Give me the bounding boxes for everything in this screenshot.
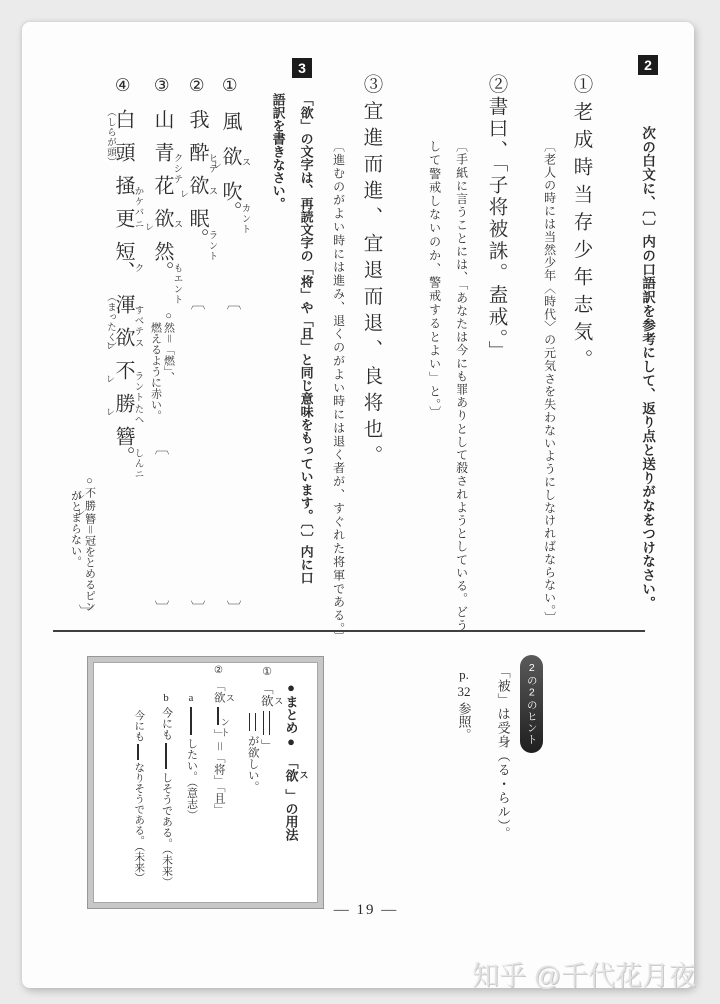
hint-badge-label: 2の2のヒント bbox=[526, 662, 537, 746]
answer-bracket-open-1: 〔 bbox=[225, 295, 240, 311]
problem-2-badge: 2 bbox=[638, 55, 658, 75]
problem-3-item-1: ①風欲スレ吹。カント bbox=[218, 76, 242, 221]
problem-3-item-3: ③山青クシテ花欲スレ然。もエント bbox=[150, 76, 174, 281]
answer-bracket-close-1: 〕 bbox=[225, 600, 240, 616]
problem-2-gloss-2-line-1: 〔手紙に言うことには、「あなたは今にも罪ありとして殺されようとしている。どう bbox=[455, 140, 468, 632]
hint-badge: 2の2のヒント bbox=[520, 655, 543, 753]
problem-3-item-2: ②我酔ヒテ欲スレ眠。ラント bbox=[185, 76, 209, 248]
summary-title: ●まとめ●「欲ス」の用法 bbox=[283, 680, 299, 841]
problem-2-sentence-3: ③宜進而進、宜退而退、良将也。 bbox=[360, 74, 380, 472]
problem-2-badge-number: 2 bbox=[644, 57, 652, 73]
problem-2-gloss-3: 〔進むのがよい時には進み、退くのがよい時には退く者が、すぐれた将軍である。〕 bbox=[332, 140, 345, 643]
section-divider bbox=[53, 630, 645, 632]
problem-2-gloss-2-line-2: して警戒しないのか、警戒するとよい」と。〕 bbox=[428, 140, 441, 420]
problem-2-instruction: 次の白文に、〔 〕内の口語訳を参考にして、返り点と送りがなをつけなさい。 bbox=[640, 126, 654, 610]
summary-usage-1-meaning: が欲しい。 bbox=[244, 713, 260, 793]
answer-bracket-close-4: 〕 bbox=[77, 604, 92, 620]
summary-usage-2: ②「欲スント」＝「将」「且」 bbox=[209, 665, 227, 815]
problem-2-sentence-1: ①老成時当存少年志気。 bbox=[570, 74, 590, 377]
problem-3-instruction-line-2: 語訳を書きなさい。 bbox=[271, 93, 285, 210]
problem-3-item-4: ④白（しらが頭）頭掻かケバ更ニ短、ク渾すべテ（まったく）欲スレ不ラントレ勝たヘレ… bbox=[111, 76, 135, 466]
answer-bracket-close-3: 〕 bbox=[153, 600, 168, 616]
answer-bracket-open-3: 〔 bbox=[153, 440, 168, 456]
hint-text-line-1: 「被」は受身（る・らル）。 bbox=[496, 665, 510, 841]
problem-3-instruction-line-1: 「欲」の文字は、再読文字の「将」や「且」と同じ意味をもっています。〔 〕内に口 bbox=[299, 93, 313, 584]
summary-box: ●まとめ●「欲ス」の用法 ①「欲ス」 が欲しい。 ②「欲スント」＝「将」「且」 … bbox=[88, 657, 323, 908]
summary-usage-2b: b今にもしそうである。（未来） bbox=[159, 693, 173, 888]
problem-2-gloss-1: 〔老人の時には当然少年〈時代〉の元気さを失わないようにしなければならない。〕 bbox=[543, 140, 556, 624]
problem-3-note-4-line-1: ○不レ勝レ簪＝冠をとめるピン bbox=[82, 475, 96, 612]
watermark: 知乎 @千代花月夜 bbox=[472, 954, 696, 993]
page-number: — 19 — bbox=[266, 902, 466, 919]
problem-3-badge-number: 3 bbox=[298, 60, 306, 76]
problem-2-sentence-2: ②書曰、「子将被誅。盍戒。」 bbox=[485, 74, 505, 363]
hint-text-line-2: p.32参照。 bbox=[454, 668, 474, 741]
problem-3-note-3-line-2: 燃えるように赤い。 bbox=[149, 322, 161, 421]
problem-3-note-3-line-1: ○然＝「燃」、 bbox=[162, 310, 174, 383]
summary-usage-2b-alt: 今にもなりそうである。（未来） bbox=[131, 710, 145, 882]
scanned-textbook-page: 2 次の白文に、〔 〕内の口語訳を参考にして、返り点と送りがなをつけなさい。 ①… bbox=[22, 22, 694, 988]
summary-usage-2a: aしたい。（意志） bbox=[184, 693, 198, 821]
problem-3-badge: 3 bbox=[292, 58, 312, 78]
problem-3-note-4-line-2: がとまらない。 bbox=[69, 490, 81, 567]
answer-bracket-open-2: 〔 bbox=[189, 295, 204, 311]
screenshot-root: { "page": { "number_label": "— 19 —", "w… bbox=[0, 0, 720, 1004]
answer-bracket-close-2: 〕 bbox=[189, 600, 204, 616]
